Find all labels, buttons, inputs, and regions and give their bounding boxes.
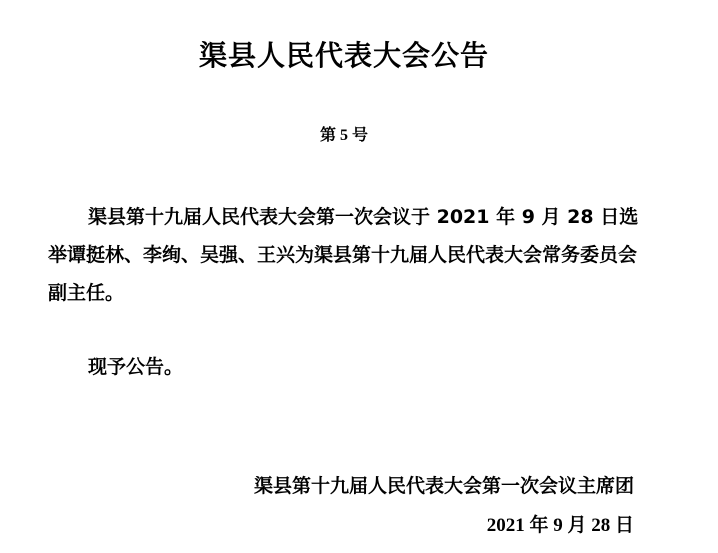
issue-date: 2021 年 9 月 28 日: [254, 506, 634, 546]
signature-block: 渠县第十九届人民代表大会第一次会议主席团 2021 年 9 月 28 日: [254, 466, 634, 546]
document-number: 第 5 号: [0, 122, 688, 145]
document-body: 渠县第十九届人民代表大会第一次会议于 2021 年 9 月 28 日选举谭挺林、…: [48, 198, 648, 312]
document-title: 渠县人民代表大会公告: [0, 34, 688, 74]
issuer-name: 渠县第十九届人民代表大会第一次会议主席团: [254, 466, 634, 506]
notice-text: 现予公告。: [88, 352, 183, 379]
body-paragraph: 渠县第十九届人民代表大会第一次会议于 2021 年 9 月 28 日选举谭挺林、…: [48, 198, 648, 312]
